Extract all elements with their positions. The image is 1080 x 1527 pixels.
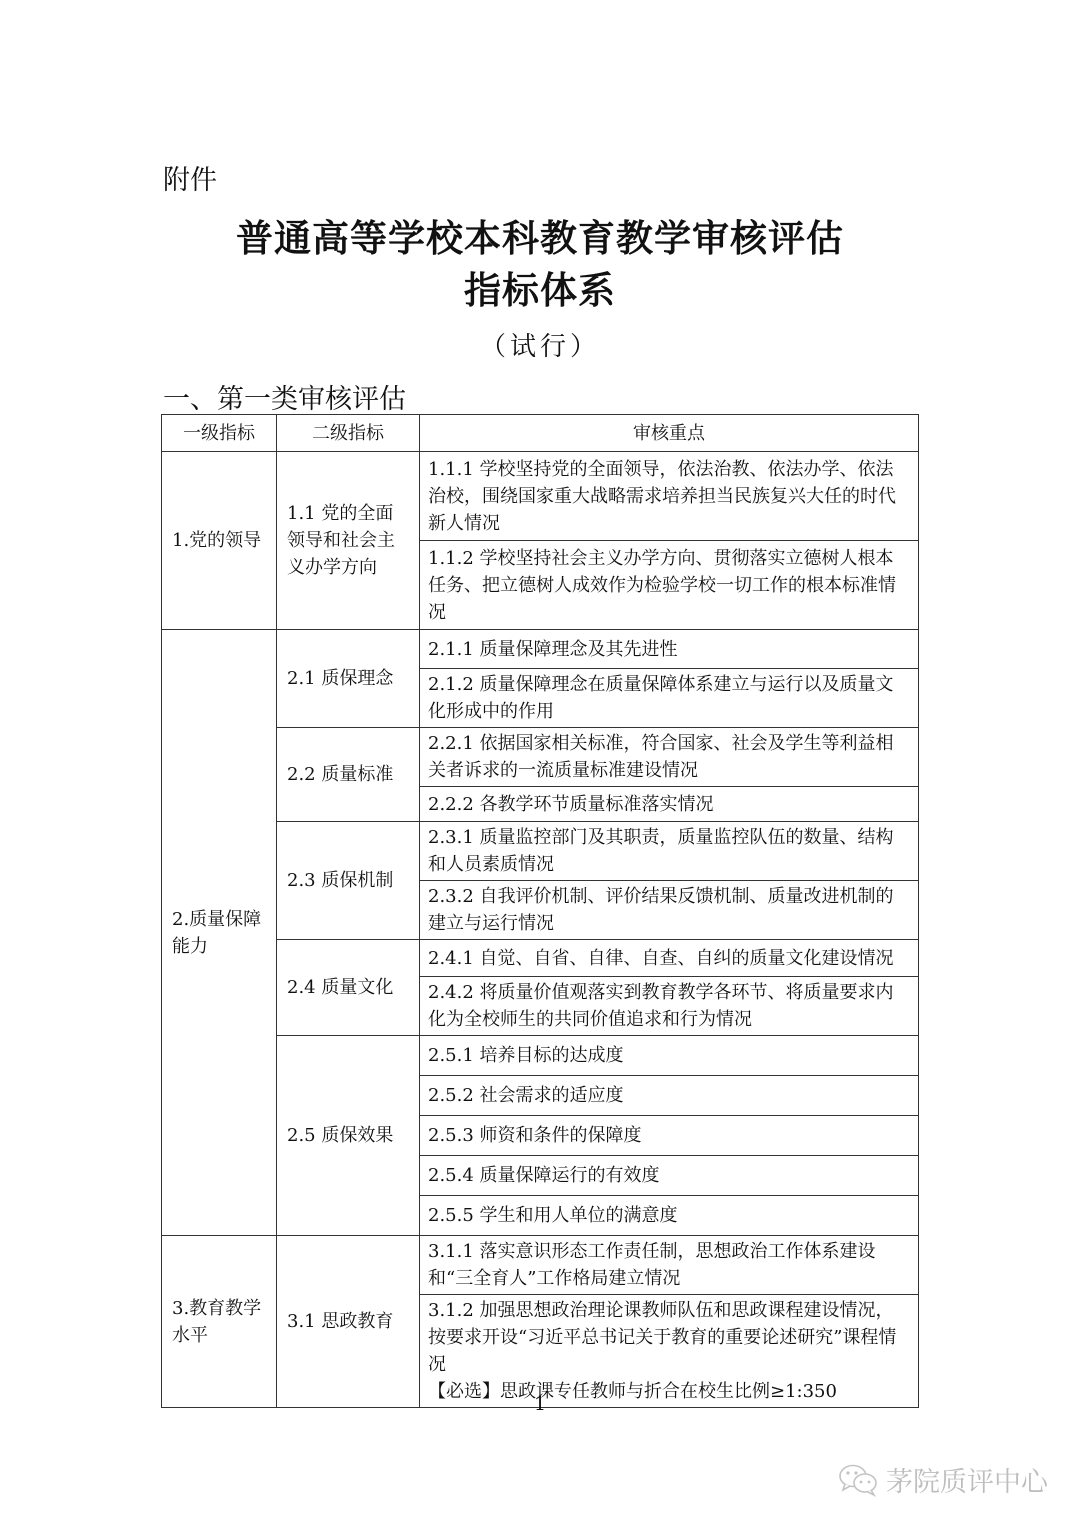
indicator-table: 一级指标 二级指标 审核重点 1.党的领导 1.1 党的全面领导和社会主义办学方… [161,414,919,1408]
wechat-icon [838,1463,880,1497]
document-title-line2: 指标体系 [0,272,1080,309]
level2-cell: 2.5 质保效果 [277,1036,420,1236]
document-title-line1: 普通高等学校本科教育教学审核评估 [0,220,1080,257]
review-point-cell: 2.4.2 将质量价值观落实到教育教学各环节、将质量要求内化为全校师生的共同价值… [420,977,919,1036]
review-point-cell: 2.5.5 学生和用人单位的满意度 [420,1196,919,1236]
review-point-cell: 2.3.1 质量监控部门及其职责，质量监控队伍的数量、结构和人员素质情况 [420,822,919,881]
review-point-cell: 2.5.4 质量保障运行的有效度 [420,1156,919,1196]
table-header-row: 一级指标 二级指标 审核重点 [162,415,919,452]
level2-cell: 2.1 质保理念 [277,630,420,728]
level1-cell: 3.教育教学水平 [162,1236,277,1408]
review-point-cell: 3.1.1 落实意识形态工作责任制，思想政治工作体系建设和“三全育人”工作格局建… [420,1236,919,1295]
document-subtitle: （试行） [0,326,1080,363]
review-point-cell: 2.2.2 各教学环节质量标准落实情况 [420,787,919,822]
review-point-cell: 2.3.2 自我评价机制、评价结果反馈机制、质量改进机制的建立与运行情况 [420,881,919,940]
table-row: 1.党的领导 1.1 党的全面领导和社会主义办学方向 1.1.1 学校坚持党的全… [162,452,919,541]
level2-cell: 2.4 质量文化 [277,940,420,1036]
table-row: 2.质量保障能力 2.1 质保理念 2.1.1 质量保障理念及其先进性 [162,630,919,669]
level2-cell: 2.3 质保机制 [277,822,420,940]
review-point-cell: 2.2.1 依据国家相关标准，符合国家、社会及学生等利益相关者诉求的一流质量标准… [420,728,919,787]
review-point-cell: 1.1.1 学校坚持党的全面领导，依法治教、依法办学、依法治校，围绕国家重大战略… [420,452,919,541]
level2-cell: 3.1 思政教育 [277,1236,420,1408]
level1-cell: 2.质量保障能力 [162,630,277,1236]
header-level1: 一级指标 [162,415,277,452]
watermark-text: 茅院质评中心 [886,1460,1048,1499]
header-review-points: 审核重点 [420,415,919,452]
review-point-cell: 2.1.2 质量保障理念在质量保障体系建立与运行以及质量文化形成中的作用 [420,669,919,728]
review-point-cell: 2.1.1 质量保障理念及其先进性 [420,630,919,669]
watermark: 茅院质评中心 [838,1460,1048,1499]
review-point-cell: 2.4.1 自觉、自省、自律、自查、自纠的质量文化建设情况 [420,940,919,977]
level1-cell: 1.党的领导 [162,452,277,630]
review-point-text: 3.1.2 加强思想政治理论课教师队伍和思政课程建设情况，按要求开设“习近平总书… [428,1297,910,1378]
review-point-cell: 2.5.1 培养目标的达成度 [420,1036,919,1076]
review-point-cell: 2.5.3 师资和条件的保障度 [420,1116,919,1156]
section-heading: 一、第一类审核评估 [163,377,406,416]
level2-cell: 2.2 质量标准 [277,728,420,822]
review-point-cell: 1.1.2 学校坚持社会主义办学方向、贯彻落实立德树人根本任务、把立德树人成效作… [420,541,919,630]
header-level2: 二级指标 [277,415,420,452]
attachment-label: 附件 [163,158,217,197]
table-row: 3.教育教学水平 3.1 思政教育 3.1.1 落实意识形态工作责任制，思想政治… [162,1236,919,1295]
review-point-cell: 3.1.2 加强思想政治理论课教师队伍和思政课程建设情况，按要求开设“习近平总书… [420,1295,919,1408]
page-number: 1 [0,1393,1080,1415]
review-point-cell: 2.5.2 社会需求的适应度 [420,1076,919,1116]
level2-cell: 1.1 党的全面领导和社会主义办学方向 [277,452,420,630]
